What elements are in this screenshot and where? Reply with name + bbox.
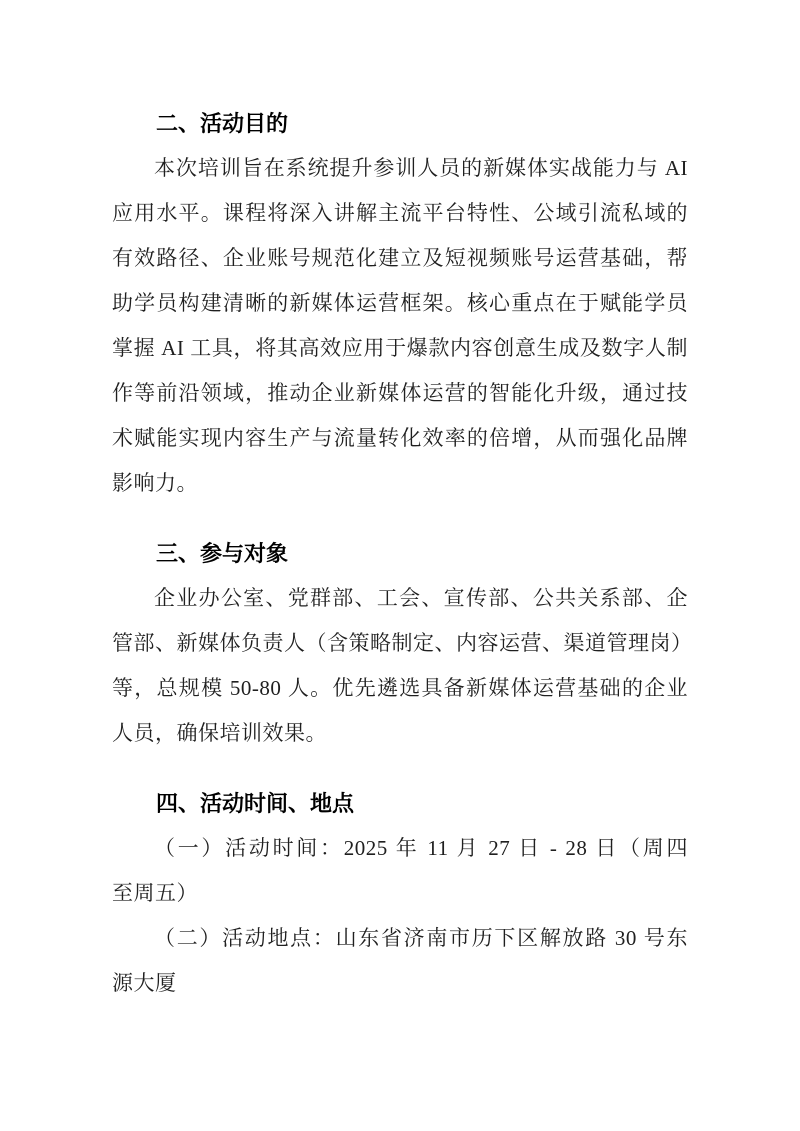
text-line: 助学员构建清晰的新媒体运营框架。核心重点在于赋能学员 (112, 281, 688, 326)
document-content: 二、活动目的 本次培训旨在系统提升参训人员的新媒体实战能力与 AI应用水平。课程… (112, 101, 688, 1006)
text-line: （一）活动时间：2025 年 11 月 27 日 - 28 日（周四 (112, 826, 688, 871)
text-line: 至周五） (112, 871, 688, 916)
text-line: （二）活动地点：山东省济南市历下区解放路 30 号东 (112, 916, 688, 961)
paragraph-activity-location: （二）活动地点：山东省济南市历下区解放路 30 号东源大厦 (112, 916, 688, 1006)
text-line: 企业办公室、党群部、工会、宣传部、公共关系部、企 (112, 576, 688, 621)
section-activity-purpose: 二、活动目的 本次培训旨在系统提升参训人员的新媒体实战能力与 AI应用水平。课程… (112, 101, 688, 506)
text-line: 源大厦 (112, 961, 688, 1006)
text-line: 人员，确保培训效果。 (112, 711, 688, 756)
paragraph-activity-purpose: 本次培训旨在系统提升参训人员的新媒体实战能力与 AI应用水平。课程将深入讲解主流… (112, 146, 688, 506)
document-page: 二、活动目的 本次培训旨在系统提升参训人员的新媒体实战能力与 AI应用水平。课程… (0, 0, 800, 1131)
text-line: 等，总规模 50-80 人。优先遴选具备新媒体运营基础的企业 (112, 666, 688, 711)
text-line: 本次培训旨在系统提升参训人员的新媒体实战能力与 AI (112, 146, 688, 191)
section-participants: 三、参与对象 企业办公室、党群部、工会、宣传部、公共关系部、企管部、新媒体负责人… (112, 531, 688, 756)
paragraph-participants: 企业办公室、党群部、工会、宣传部、公共关系部、企管部、新媒体负责人（含策略制定、… (112, 576, 688, 756)
text-line: 应用水平。课程将深入讲解主流平台特性、公域引流私域的 (112, 191, 688, 236)
text-line: 术赋能实现内容生产与流量转化效率的倍增，从而强化品牌 (112, 416, 688, 461)
section-heading-time-location: 四、活动时间、地点 (112, 781, 688, 826)
section-heading-activity-purpose: 二、活动目的 (112, 101, 688, 146)
paragraph-activity-time: （一）活动时间：2025 年 11 月 27 日 - 28 日（周四至周五） (112, 826, 688, 916)
section-time-location: 四、活动时间、地点 （一）活动时间：2025 年 11 月 27 日 - 28 … (112, 781, 688, 1006)
section-heading-participants: 三、参与对象 (112, 531, 688, 576)
text-line: 管部、新媒体负责人（含策略制定、内容运营、渠道管理岗） (112, 621, 688, 666)
text-line: 作等前沿领域，推动企业新媒体运营的智能化升级，通过技 (112, 371, 688, 416)
text-line: 掌握 AI 工具，将其高效应用于爆款内容创意生成及数字人制 (112, 326, 688, 371)
text-line: 影响力。 (112, 461, 688, 506)
text-line: 有效路径、企业账号规范化建立及短视频账号运营基础，帮 (112, 236, 688, 281)
